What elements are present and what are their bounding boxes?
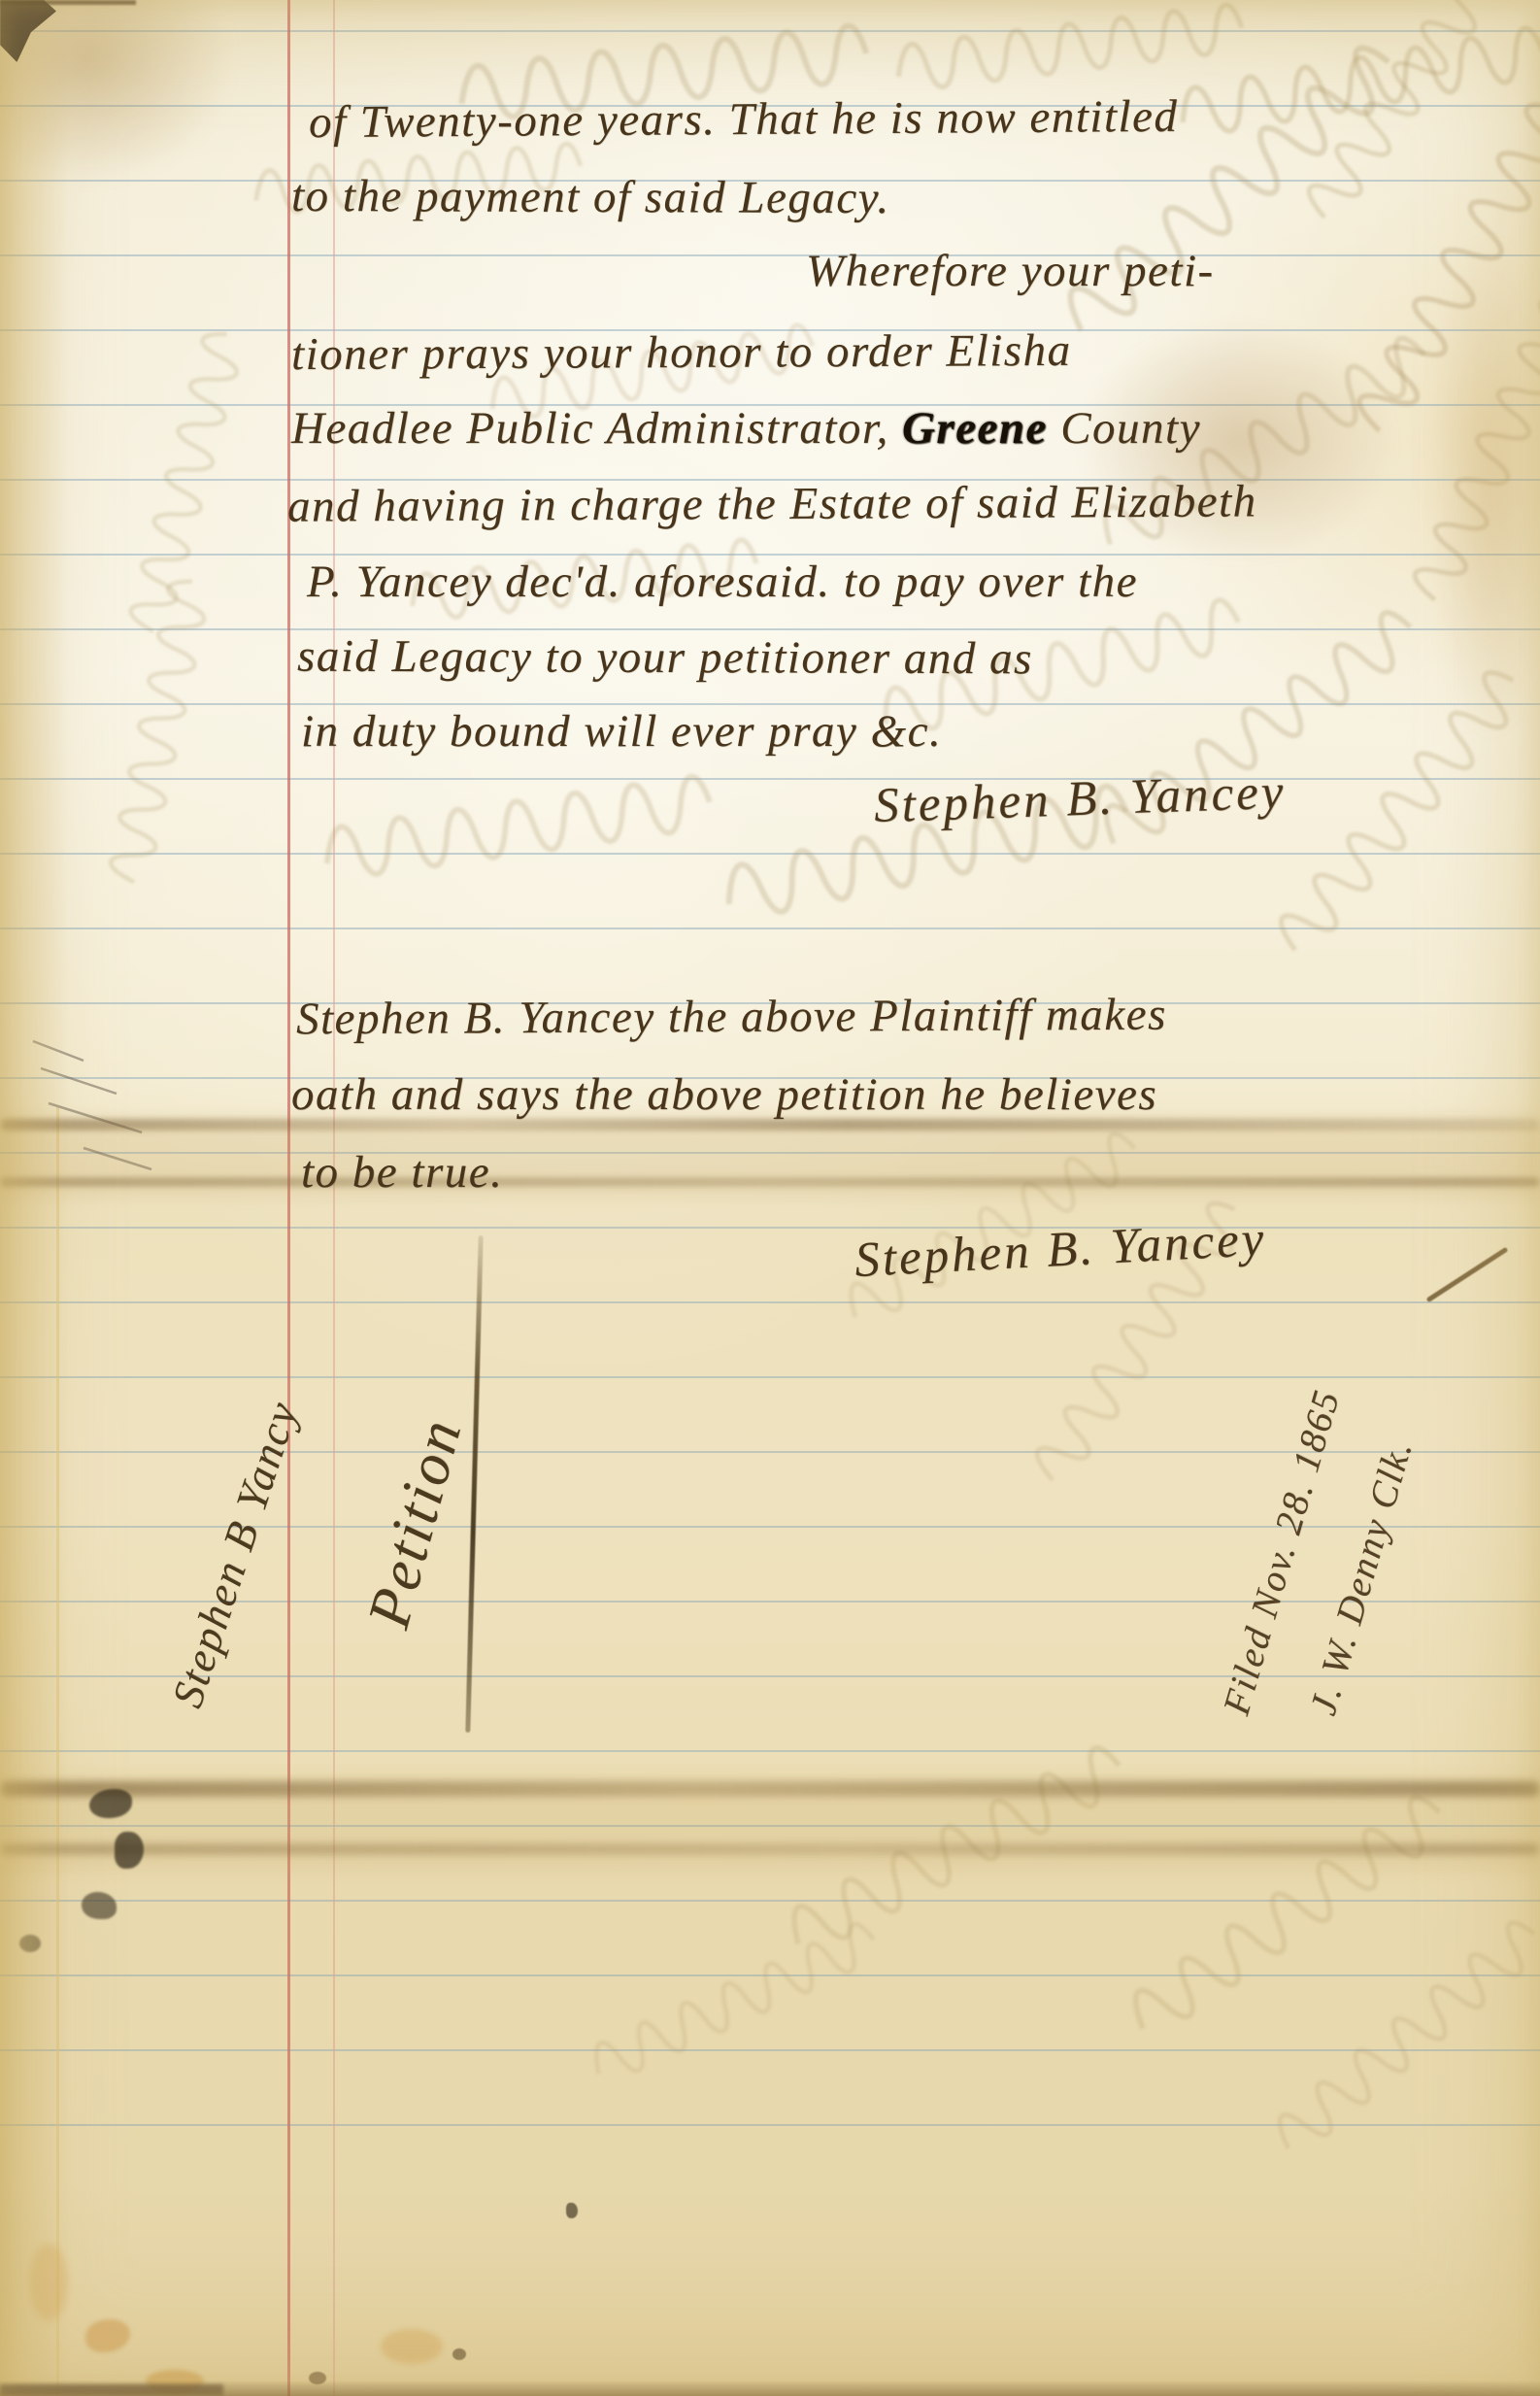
petition-line-5: Headlee Public Administrator, Greene Cou…: [291, 402, 1201, 455]
oath-line-3: to be true.: [301, 1146, 503, 1198]
pencil-scribble: [33, 1041, 151, 1169]
ink-blot: [89, 1789, 132, 1818]
petition-line-1: of Twenty-one years. That he is now enti…: [309, 90, 1179, 149]
bottom-edge-dark-strip: [0, 2384, 223, 2396]
bottom-edge-shadow: [0, 2380, 1540, 2396]
petition-line-6: and having in charge the Estate of said …: [287, 475, 1257, 532]
torn-corner: [0, 0, 56, 62]
oath-line-2: oath and says the above petition he beli…: [291, 1068, 1157, 1121]
petition-line-2: to the payment of said Legacy.: [291, 170, 890, 224]
paper-speck: [566, 2203, 578, 2218]
fold-crease-line: [0, 1781, 1540, 1797]
petition-line-3: Wherefore your peti-: [806, 245, 1215, 297]
right-edge-stain: [1427, 233, 1540, 738]
docket-title: Petition: [354, 1410, 477, 1635]
petitioner-signature: Stephen B. Yancey: [873, 764, 1287, 835]
paper-stain: [29, 2244, 68, 2321]
paper-speck: [309, 2372, 326, 2384]
petition-line-8: said Legacy to your petitioner and as: [297, 630, 1033, 686]
left-edge-yellowing: [0, 0, 68, 2396]
oath-signature: Stephen B. Yancey: [854, 1211, 1268, 1289]
scanned-document-page: of Twenty-one years. That he is now enti…: [0, 0, 1540, 2396]
paper-stain: [381, 2329, 443, 2364]
fold-crease-lower: [0, 1775, 1540, 1873]
petition-line-7: P. Yancey dec'd. aforesaid. to pay over …: [307, 556, 1138, 608]
petition-line-5-post: County: [1048, 403, 1201, 454]
fold-crease-line: [0, 1843, 1540, 1855]
fold-crease-line: [0, 1177, 1540, 1187]
paper-stain: [85, 2319, 130, 2352]
red-margin-line: [287, 0, 290, 2396]
oath-line-1: Stephen B. Yancey the above Plaintiff ma…: [296, 989, 1167, 1046]
pen-slash-mark: [1426, 1247, 1509, 1303]
petition-line-9: in duty bound will ever pray &c.: [301, 705, 942, 758]
ink-blot: [115, 1832, 144, 1869]
bottom-panel-tint: [0, 1787, 1540, 2396]
ink-blot: [82, 1892, 117, 1919]
docket-party-name: Stephen B Yancy: [162, 1395, 309, 1713]
ink-blot: [19, 1935, 41, 1952]
petition-line-5-pre: Headlee Public Administrator,: [291, 403, 902, 454]
paper-speck: [452, 2348, 466, 2360]
vertical-fold-mark: [56, 1107, 59, 2396]
fold-crease-upper: [0, 1115, 1540, 1198]
petition-line-4: tioner prays your honor to order Elisha: [291, 324, 1072, 381]
petition-line-5-overwritten-word: Greene: [902, 403, 1048, 454]
docket-underline-stroke: [465, 1235, 483, 1733]
